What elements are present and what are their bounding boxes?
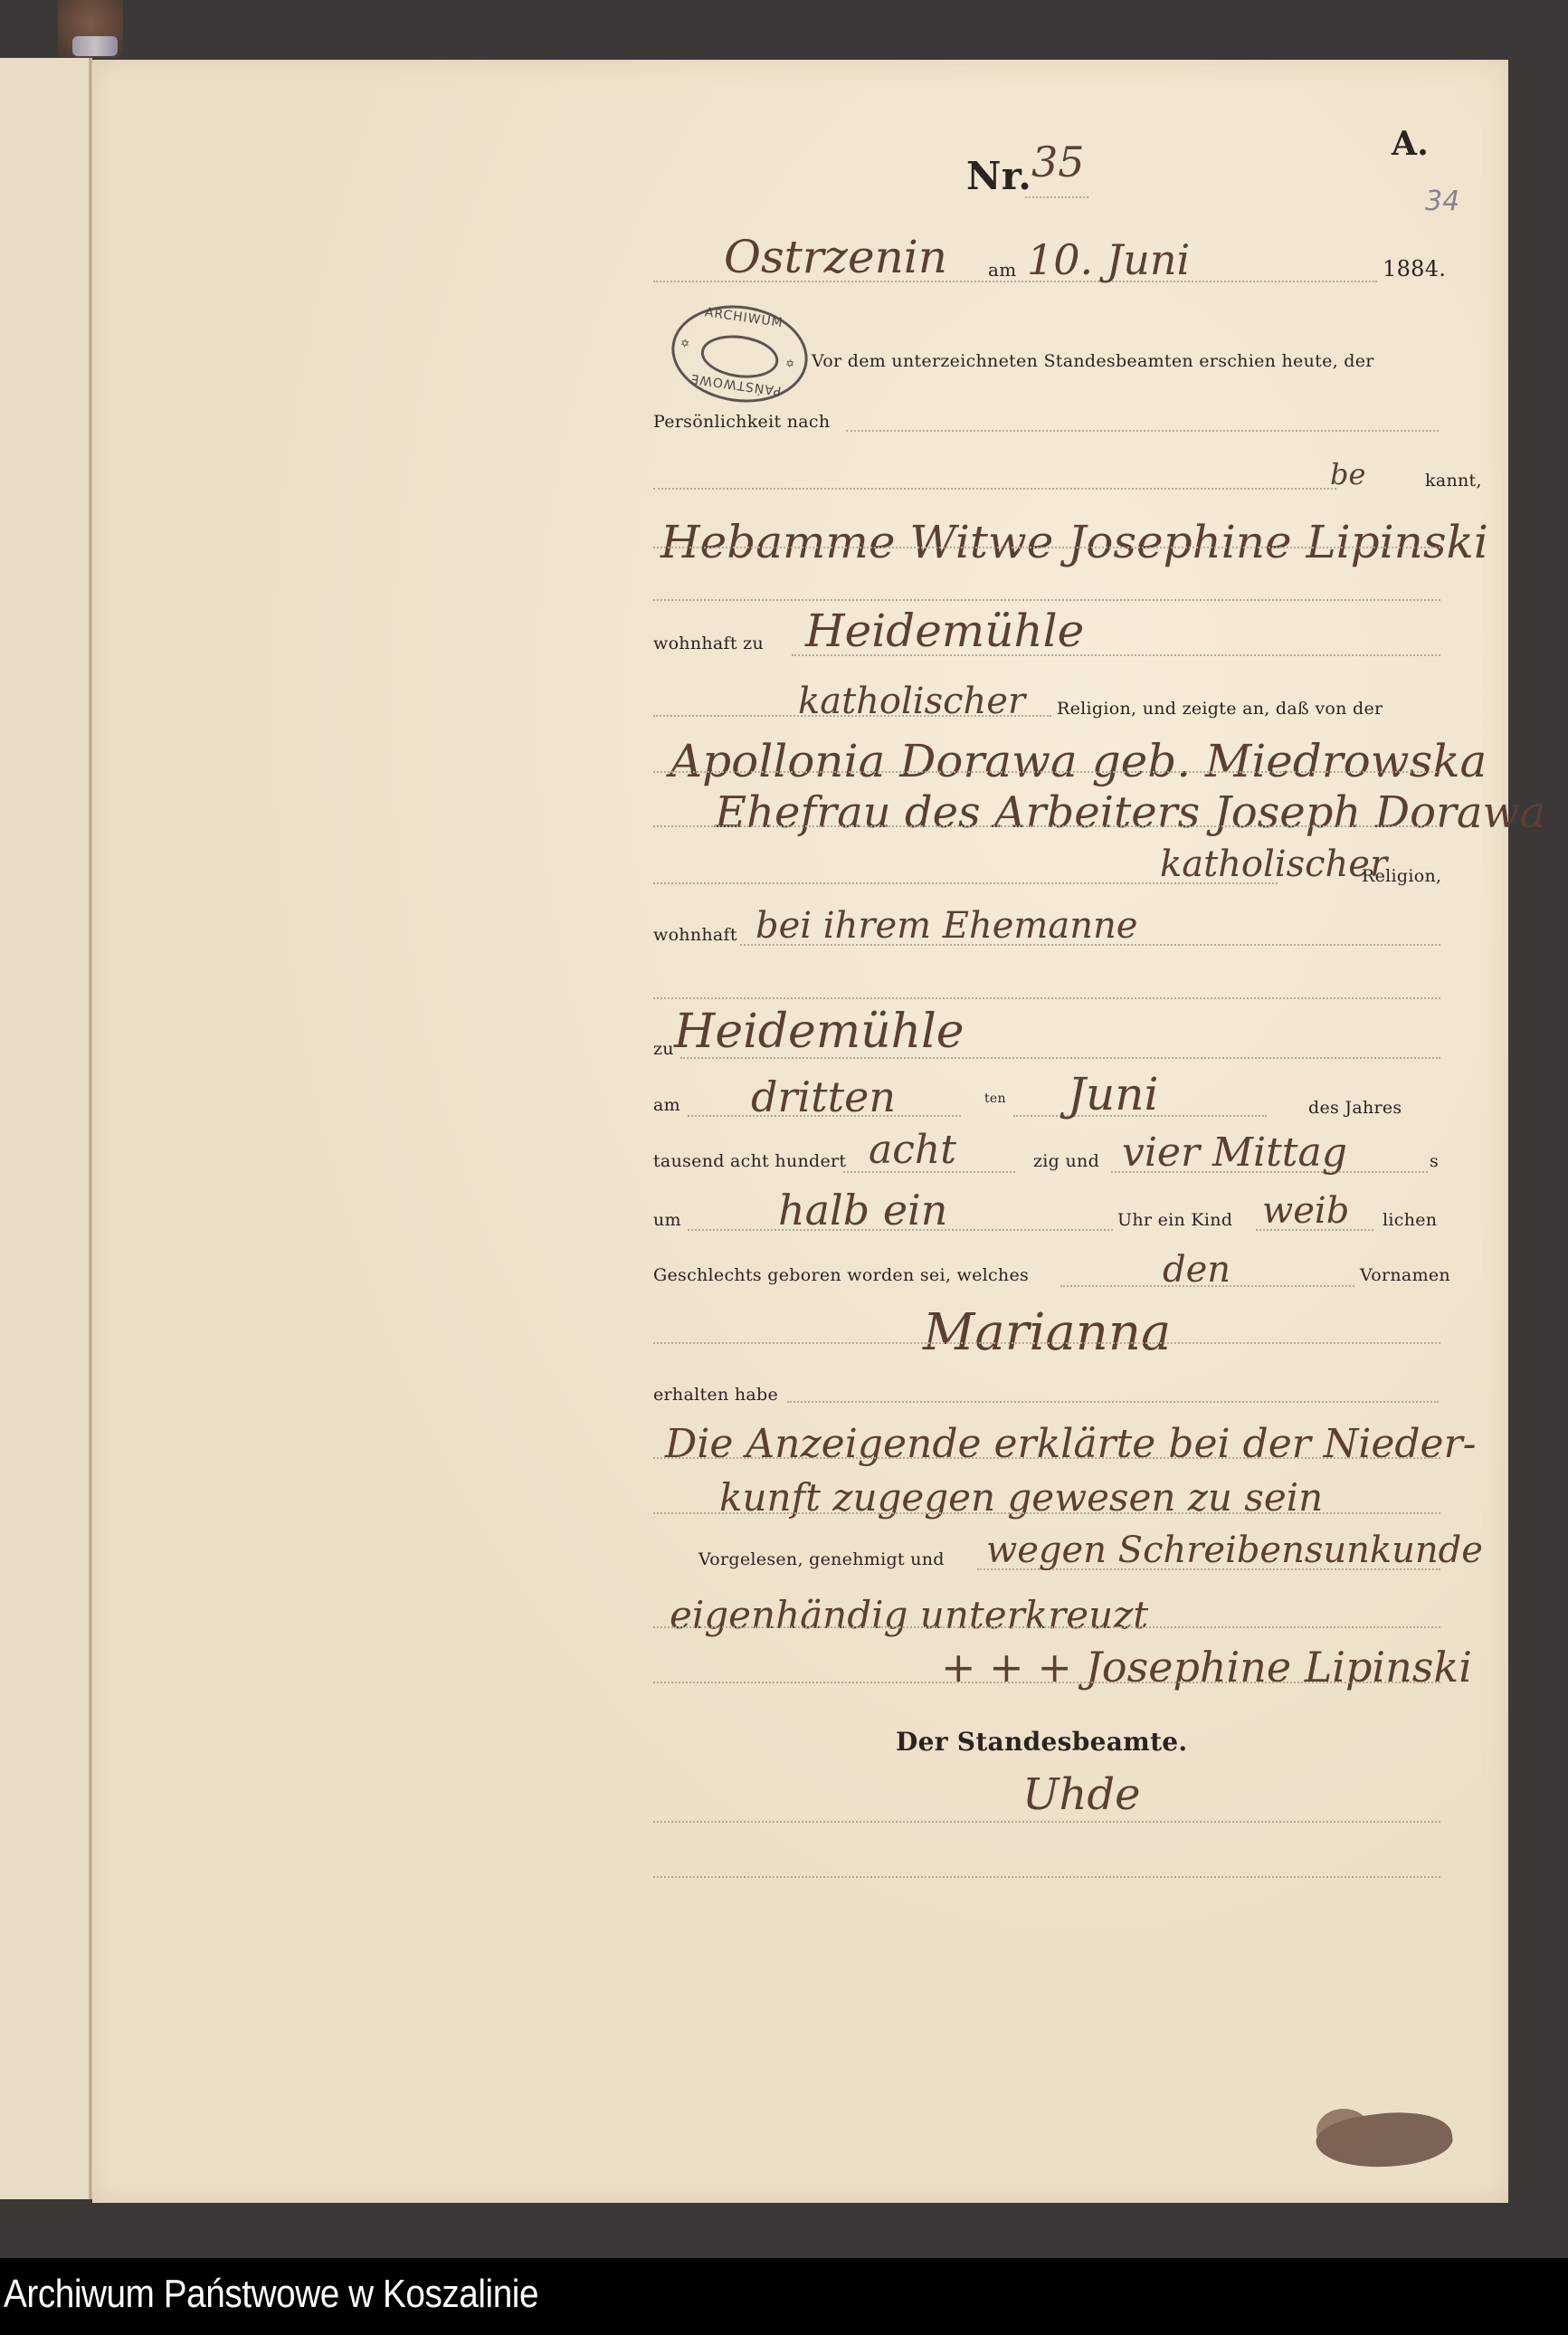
intro-text: Vor dem unterzeichneten Standesbeamten e…	[812, 351, 1374, 371]
place-date-line	[653, 281, 1377, 282]
child-name-line	[653, 1342, 1440, 1344]
vorgelesen-label: Vorgelesen, genehmigt und	[698, 1549, 945, 1569]
wohnhaft-zu-hw: Heidemühle	[805, 605, 1084, 657]
zig-und-label: zig und	[1033, 1151, 1099, 1171]
religion-hw-2: katholischer	[1160, 843, 1387, 885]
signature-marks-line	[653, 1682, 1440, 1683]
wohnhaft-hw: bei ihrem Ehemanne	[755, 905, 1137, 947]
time-hw: halb ein	[778, 1186, 947, 1234]
bottom-line	[653, 1876, 1440, 1878]
persoenlichkeit-label: Persönlichkeit nach	[653, 412, 830, 432]
wohnhaft-zu-label: wohnhaft zu	[653, 634, 764, 653]
record-number-line	[1025, 196, 1088, 198]
bekannt-hw: be	[1330, 457, 1365, 491]
religion-label-2: Religion,	[1362, 866, 1441, 886]
stamp-star-icon: ✡	[679, 337, 690, 350]
place-value: Ostrzenin	[724, 231, 947, 283]
remark-line-2	[653, 1512, 1440, 1514]
decade-hw: acht	[869, 1127, 956, 1173]
left-page-edge	[0, 58, 90, 2199]
signature-marks-hw: + + + Josephine Lipinski	[941, 1643, 1472, 1692]
remark-line-1	[653, 1457, 1440, 1459]
den-hw: den	[1163, 1249, 1231, 1291]
wohnhaft-label: wohnhaft	[653, 925, 737, 945]
vorgelesen-hw: wegen Schreibensunkunde	[986, 1530, 1483, 1571]
wohnhaft-line-2	[653, 997, 1440, 999]
s-label: s	[1430, 1151, 1439, 1171]
ink-stain-edge	[1316, 2109, 1371, 2154]
archive-name: Archiwum Państwowe w Koszalinie	[4, 2272, 538, 2317]
registrar-line	[653, 1821, 1440, 1823]
informant-line-2	[653, 599, 1440, 601]
bekannt-line	[653, 488, 1336, 490]
religion-line-1	[653, 715, 1051, 717]
religion-label-1: Religion, und zeigte an, daß von der	[1057, 699, 1383, 719]
informant-line	[653, 547, 1440, 548]
form-letter: A.	[1392, 125, 1429, 163]
informant-hw: Hebamme Witwe Josephine Lipinski	[660, 516, 1488, 568]
standesbeamte-label: Der Standesbeamte.	[896, 1727, 1187, 1757]
persoenlichkeit-line	[846, 430, 1439, 432]
day-hw: dritten	[751, 1072, 896, 1121]
pencil-folio-number: 34	[1425, 186, 1459, 217]
am-label: am	[653, 1095, 680, 1115]
binding-thread	[72, 36, 118, 56]
year: 1884.	[1383, 256, 1446, 281]
des-jahres-label: des Jahres	[1308, 1098, 1402, 1118]
ten-label: ten	[984, 1091, 1006, 1106]
tausend-label: tausend acht hundert	[653, 1151, 846, 1171]
mother-husband-line	[653, 825, 1440, 827]
bekannt-label: kannt,	[1425, 471, 1482, 491]
uhr-label: Uhr ein Kind	[1117, 1210, 1232, 1230]
zu-hw: Heidemühle	[674, 1005, 965, 1059]
religion-line-2	[653, 882, 1278, 884]
handzeichen-line	[653, 1626, 1440, 1628]
record-number-value: 35	[1031, 138, 1085, 186]
mother-hw: Apollonia Dorawa geb. Miedrowska	[670, 735, 1487, 787]
registrar-signature: Uhde	[1022, 1769, 1141, 1820]
erhalten-line	[787, 1401, 1439, 1403]
stamp-star-icon: ✡	[784, 357, 795, 370]
mother-line	[653, 771, 1440, 773]
month-hw: Juni	[1068, 1068, 1158, 1120]
date-value: 10. Juni	[1027, 235, 1190, 284]
um-label: um	[653, 1210, 681, 1230]
child-name: Marianna	[923, 1303, 1171, 1362]
mother-husband-hw: Ehefrau des Arbeiters Joseph Dorawa	[715, 787, 1545, 838]
date-am-label: am	[988, 259, 1017, 281]
lichen-label: lichen	[1383, 1210, 1437, 1230]
handzeichen-hw: eigenhändig unterkreuzt	[670, 1593, 1148, 1637]
gender-hw: weib	[1262, 1190, 1349, 1232]
zu-label: zu	[653, 1039, 674, 1059]
remark-hw-1: Die Anzeigende erklärte bei der Nieder-	[665, 1421, 1477, 1467]
vornamen-label: Vornamen	[1360, 1265, 1450, 1285]
record-number-label: Nr.	[966, 154, 1031, 198]
unit-hw: vier Mittag	[1122, 1129, 1347, 1176]
erhalten-label: erhalten habe	[653, 1385, 778, 1405]
geschlechts-label: Geschlechts geboren worden sei, welches	[653, 1265, 1029, 1285]
